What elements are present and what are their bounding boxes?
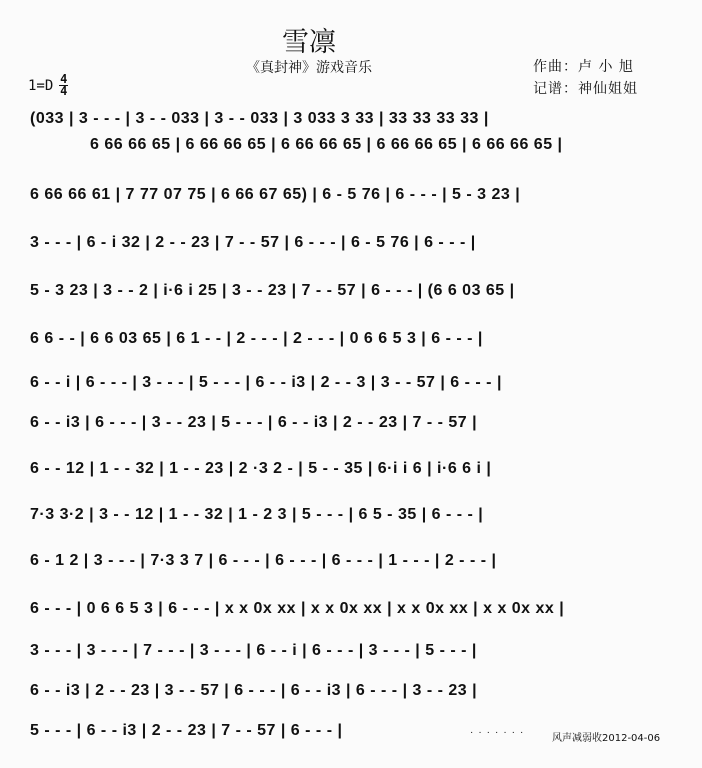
time-denominator: 4 bbox=[60, 86, 67, 97]
score-row-2: 6 66 66 61 | 7 77 07 75 | 6 66 67 65) | … bbox=[30, 186, 674, 212]
composer-line: 作曲：卢 小 旭 bbox=[533, 56, 638, 78]
score-row-8-notes: 6 - - 12 | 1 - - 32 | 1 - - 23 | 2 ·3 2 … bbox=[30, 460, 674, 478]
score-row-11: 6 - - - | 0 6 6 5 3 | 6 - - - | x x 0x x… bbox=[30, 600, 674, 626]
score-row-4-notes: 5 - 3 23 | 3 - - 2 | i·6 i 25 | 3 - - 23… bbox=[30, 282, 674, 300]
score-row-3-notes: 3 - - - | 6 - i 32 | 2 - - 23 | 7 - - 57… bbox=[30, 234, 674, 252]
composer-name: 卢 小 旭 bbox=[578, 59, 634, 75]
time-signature: 4 4 bbox=[59, 74, 68, 97]
score-row-13: 6 - - i3 | 2 - - 23 | 3 - - 57 | 6 - - -… bbox=[30, 682, 674, 708]
score-row-12-notes: 3 - - - | 3 - - - | 7 - - - | 3 - - - | … bbox=[30, 642, 674, 660]
score-row-10-notes: 6 - 1 2 | 3 - - - | 7·3 3 7 | 6 - - - | … bbox=[30, 552, 674, 570]
score-row-5-notes: 6 6 - - | 6 6 03 65 | 6 1 - - | 2 - - - … bbox=[30, 330, 674, 348]
score-row-6: 6 - - i | 6 - - - | 3 - - - | 5 - - - | … bbox=[30, 374, 674, 400]
score-row-6-notes: 6 - - i | 6 - - - | 3 - - - | 5 - - - | … bbox=[30, 374, 674, 392]
score-row-5: 6 6 - - | 6 6 03 65 | 6 1 - - | 2 - - - … bbox=[30, 330, 674, 356]
score-row-11-notes: 6 - - - | 0 6 6 5 3 | 6 - - - | x x 0x x… bbox=[30, 600, 674, 618]
score-row-9-notes: 7·3 3·2 | 3 - - 12 | 1 - - 32 | 1 - 2 3 … bbox=[30, 506, 674, 524]
score-row-4: 5 - 3 23 | 3 - - 2 | i·6 i 25 | 3 - - 23… bbox=[30, 282, 674, 308]
score-row-3: 3 - - - | 6 - i 32 | 2 - - 23 | 7 - - 57… bbox=[30, 234, 674, 260]
score-row-1-lower: 6 66 66 65 | 6 66 66 65 | 6 66 66 65 | 6… bbox=[30, 136, 674, 154]
score-row-12: 3 - - - | 3 - - - | 7 - - - | 3 - - - | … bbox=[30, 642, 674, 668]
score-row-10: 6 - 1 2 | 3 - - - | 7·3 3 7 | 6 - - - | … bbox=[30, 552, 674, 578]
score-row-7: 6 - - i3 | 6 - - - | 3 - - 23 | 5 - - - … bbox=[30, 414, 674, 440]
credits: 作曲：卢 小 旭 记谱：神仙姐姐 bbox=[533, 56, 638, 100]
score-row-8: 6 - - 12 | 1 - - 32 | 1 - - 23 | 2 ·3 2 … bbox=[30, 460, 674, 486]
transcriber-name: 神仙姐姐 bbox=[578, 81, 638, 97]
key-signature: 1=D 4 4 bbox=[28, 74, 68, 97]
transcriber-line: 记谱：神仙姐姐 bbox=[533, 78, 638, 100]
score-row-1: (033 | 3 - - - | 3 - - 033 | 3 - - 033 |… bbox=[30, 110, 674, 162]
score-row-13-notes: 6 - - i3 | 2 - - 23 | 3 - - 57 | 6 - - -… bbox=[30, 682, 674, 700]
score-row-9: 7·3 3·2 | 3 - - 12 | 1 - - 32 | 1 - 2 3 … bbox=[30, 506, 674, 532]
score-row-1-upper: (033 | 3 - - - | 3 - - 033 | 3 - - 033 |… bbox=[30, 110, 674, 128]
song-subtitle: 《真封神》游戏音乐 bbox=[0, 57, 618, 77]
footer-note: 风声减弱收2012-04-06 bbox=[552, 729, 660, 744]
key-label: 1=D bbox=[28, 78, 53, 94]
song-title: 雪凛 bbox=[0, 20, 618, 59]
score-row-2-notes: 6 66 66 61 | 7 77 07 75 | 6 66 67 65) | … bbox=[30, 186, 674, 204]
fade-dots: ······· bbox=[470, 727, 528, 738]
score-row-7-notes: 6 - - i3 | 6 - - - | 3 - - 23 | 5 - - - … bbox=[30, 414, 674, 432]
